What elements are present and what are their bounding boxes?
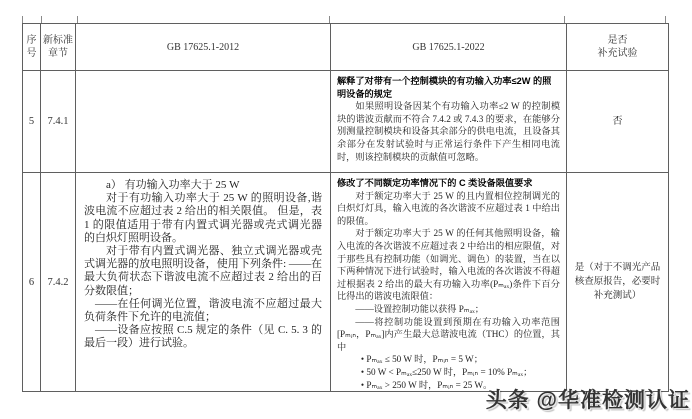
row6-chapter: 7.4.2 — [41, 173, 76, 392]
row6-change-title: 修改了不同额定功率情况下的 C 类设备限值要求 — [337, 177, 560, 190]
table-row-6: 6 7.4.2 a） 有功输入功率大于 25 W 对于有功输入功率大于 25 W… — [23, 173, 669, 392]
row6-supplement-cell: 是（对于不调光产品核查原报告，必要时补充测试） — [567, 173, 669, 392]
row5-paragraph: 如果照明设备因某个有功输入功率≤2 W 的控制模块的谐波贡献而不符合 7.4.2… — [337, 100, 560, 163]
sliver-cell — [329, 16, 564, 23]
row6-gb2012-paragraph: ——在任何调光位置，谐波电流不应超过最大负荷条件下允许的电流值； — [84, 298, 322, 324]
row6-gb2012-cell: a） 有功输入功率大于 25 W 对于有功输入功率大于 25 W 的照明设备,谐… — [76, 173, 331, 392]
row6-number: 6 — [23, 173, 41, 392]
header-col-chapter: 新标准章节 — [41, 24, 76, 71]
row6-gb2022-paragraph: 对于额定功率大于 25 W 的且内置相位控制调光的白炽灯灯具，输入电流的各次谐波… — [337, 190, 560, 228]
watermark: 头条 @华准检测认证 — [486, 384, 690, 414]
row6-gb2022-paragraph: ——将控制功能设置到预期在有功输入功率范围[Pₘᵢₙ，Pₘₐₓ]内产生最大总谐波… — [337, 316, 560, 354]
row5-number: 5 — [23, 71, 41, 173]
row6-gb2022-paragraph: ——设置控制功能以获得 Pₘₐₓ； — [337, 303, 560, 316]
row6-gb2022-bullet: • Pₘₐₓ ≤ 50 W 时，Pₘᵢₙ = 5 W； — [337, 353, 560, 366]
sliver-cell — [22, 16, 41, 23]
row6-gb2012-paragraph: 对于带有内置式调光器、独立式调光器或壳式调光器的放电照明设备，使用下列条件: —… — [84, 245, 322, 298]
header-supplement-line1: 是否 — [567, 34, 668, 47]
header-supplement-line2: 补充试验 — [567, 47, 668, 60]
row6-gb2012-paragraph: 对于有功输入功率大于 25 W 的照明设备,谐波电流不应超过表 2 给出的相关限… — [84, 192, 322, 245]
table-header-row: 序号 新标准章节 GB 17625.1-2012 GB 17625.1-2022… — [23, 24, 669, 71]
sliver-cell — [564, 16, 666, 23]
row6-gb2022-paragraph: 对于额定功率大于 25 W 的任何其他照明设备，输入电流的各次谐波不应超过表 2… — [337, 227, 560, 303]
document-page: 序号 新标准章节 GB 17625.1-2012 GB 17625.1-2022… — [0, 0, 692, 419]
header-col-no: 序号 — [23, 24, 41, 71]
header-col-gb2022: GB 17625.1-2022 — [331, 24, 567, 71]
row6-gb2022-cell: 修改了不同额定功率情况下的 C 类设备限值要求 对于额定功率大于 25 W 的且… — [331, 173, 567, 392]
header-col-gb2012: GB 17625.1-2012 — [76, 24, 331, 71]
sliver-cell — [41, 16, 77, 23]
row5-change-title: 解释了对带有一个控制模块的有功输入功率≤2W 的照明设备的规定 — [337, 75, 560, 100]
header-col-supplement: 是否 补充试验 — [567, 24, 669, 71]
table-row-5: 5 7.4.1 解释了对带有一个控制模块的有功输入功率≤2W 的照明设备的规定 … — [23, 71, 669, 173]
row5-gb2022-cell: 解释了对带有一个控制模块的有功输入功率≤2W 的照明设备的规定 如果照明设备因某… — [331, 71, 567, 173]
row6-gb2022-bullet: • 50 W < Pₘₐₓ≤250 W 时，Pₘᵢₙ = 10% Pₘₐₓ； — [337, 366, 560, 379]
table-top-sliver — [22, 16, 666, 23]
row6-gb2012-paragraph: a） 有功输入功率大于 25 W — [84, 179, 322, 192]
row5-gb2012-cell — [76, 71, 331, 173]
standards-comparison-table: 序号 新标准章节 GB 17625.1-2012 GB 17625.1-2022… — [22, 23, 669, 392]
sliver-cell — [77, 16, 330, 23]
row6-gb2012-paragraph: ——设备应按照 C.5 规定的条件（见 C. 5. 3 的最后一段）进行试验。 — [84, 324, 322, 350]
row5-chapter: 7.4.1 — [41, 71, 76, 173]
row5-supplement-cell: 否 — [567, 71, 669, 173]
